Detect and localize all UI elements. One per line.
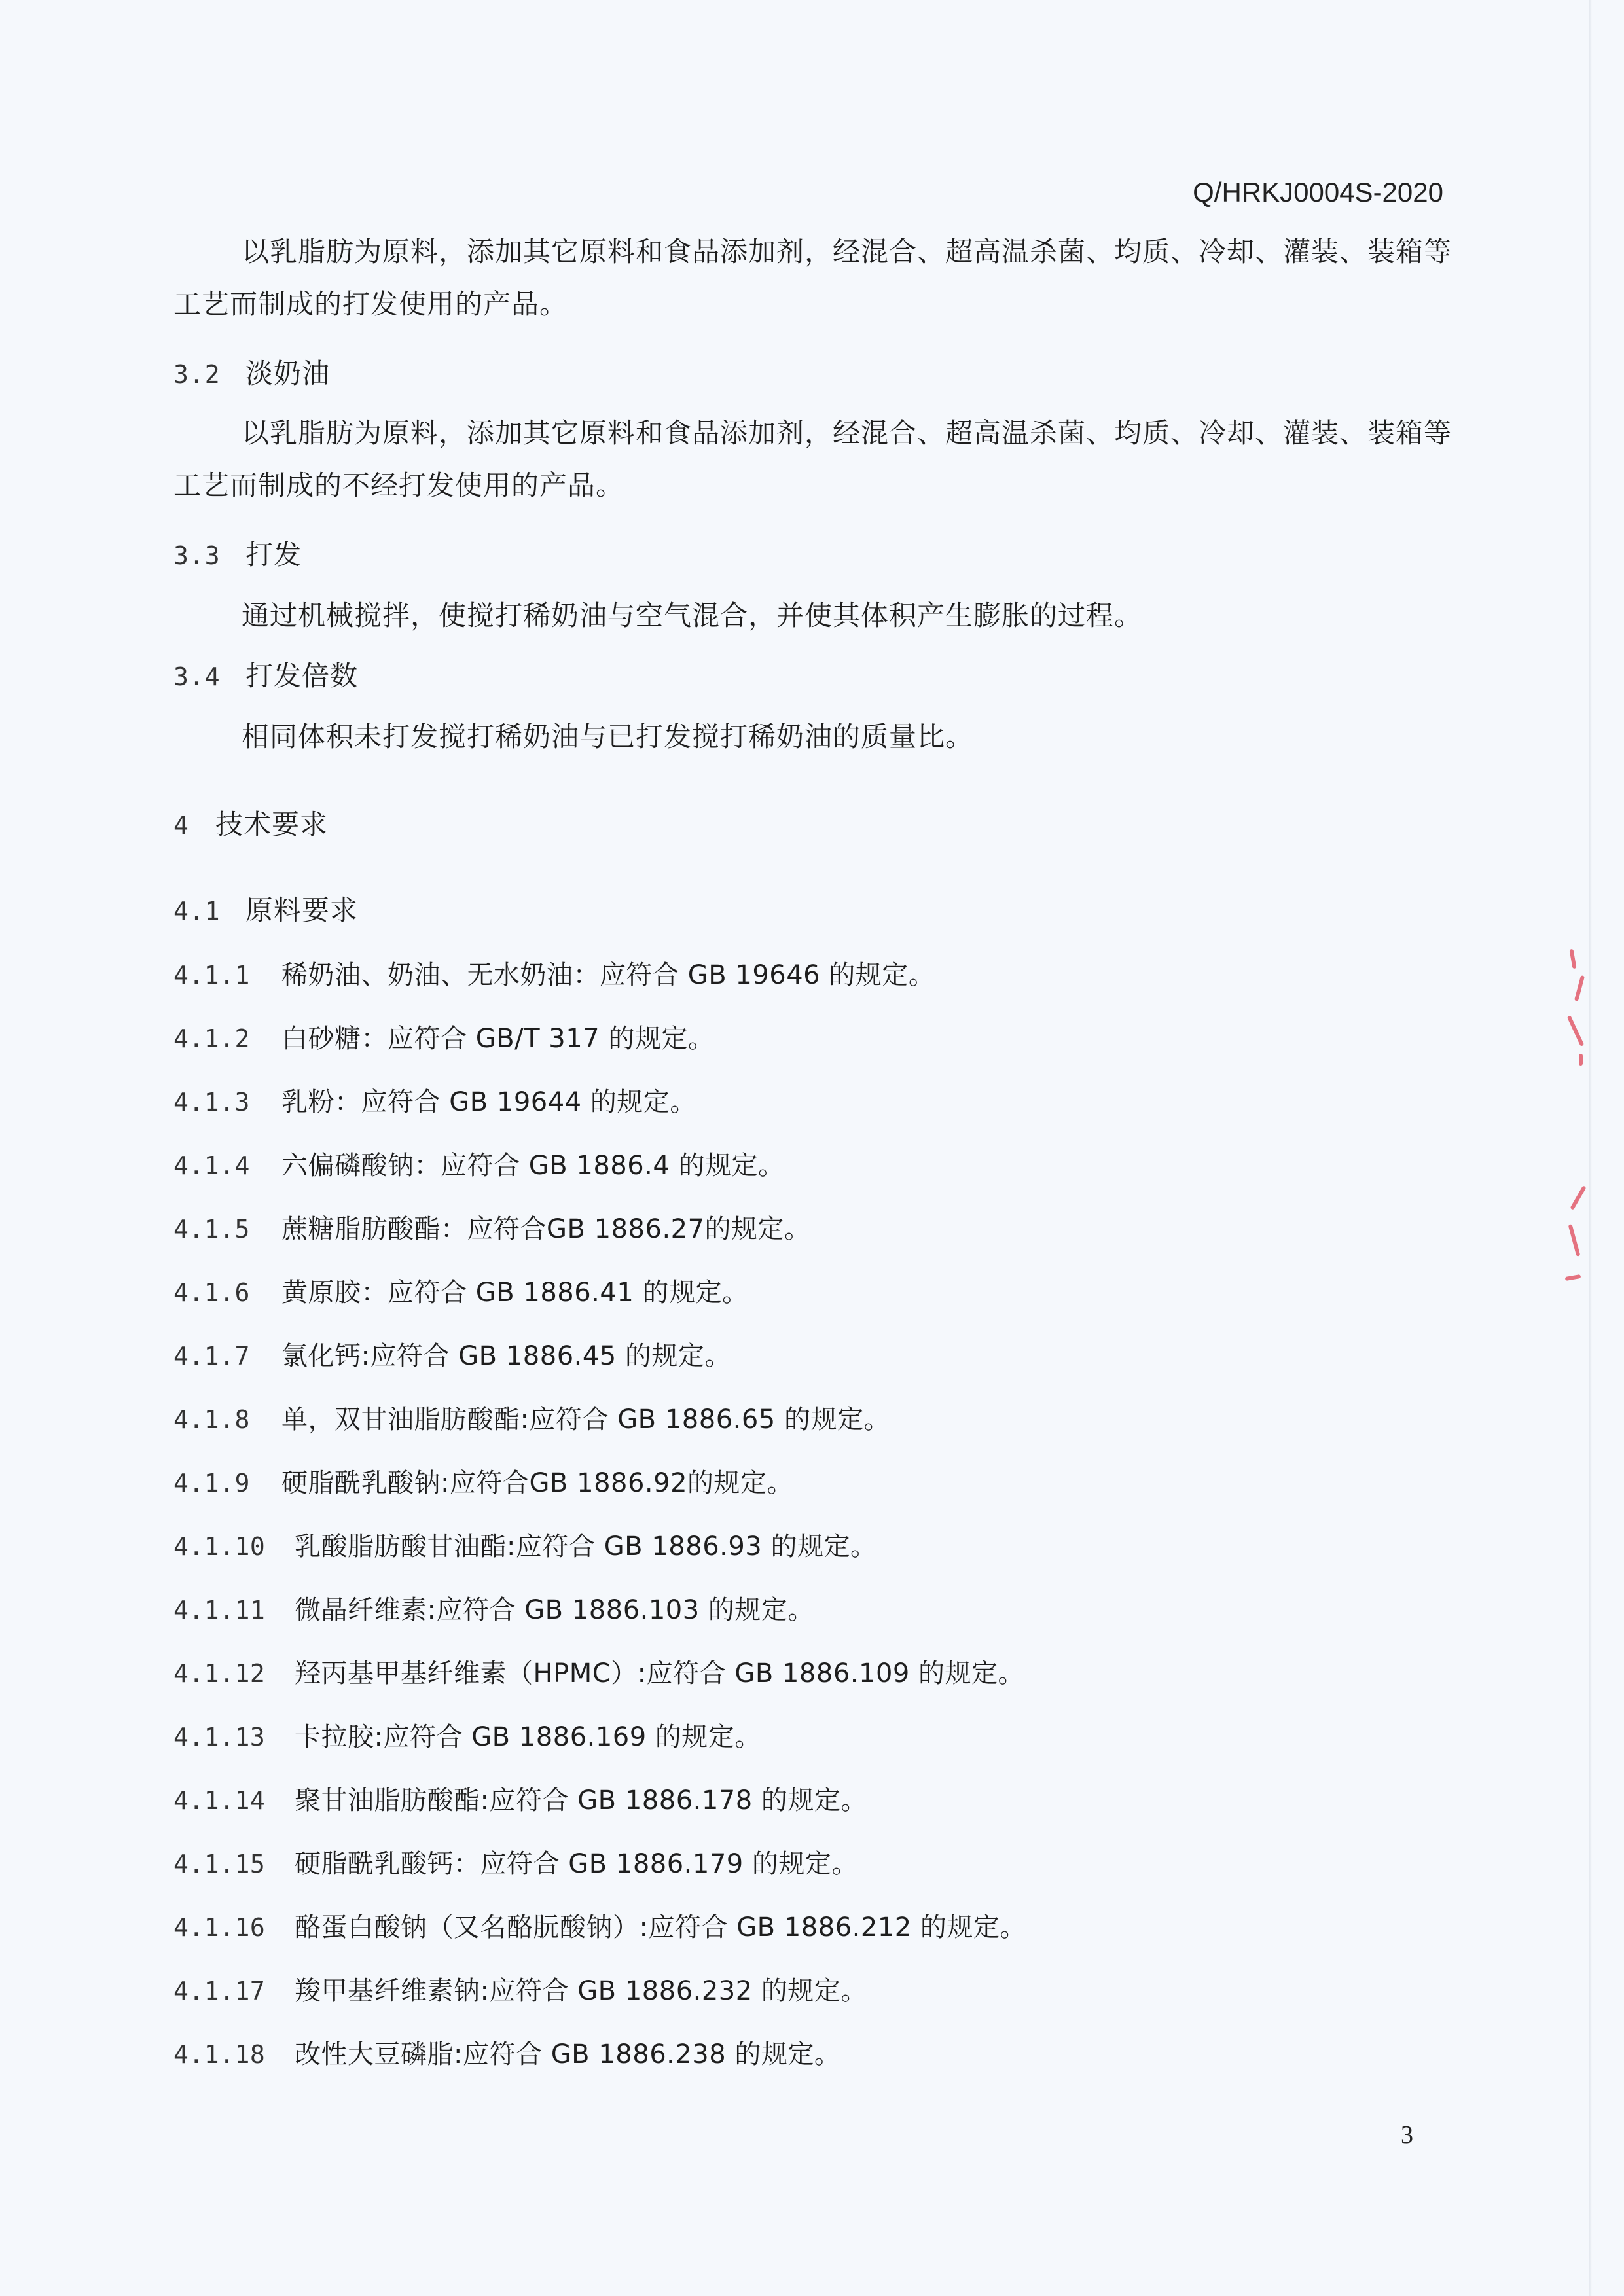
item-text: 微晶纤维素:应符合 GB 1886.103 的规定。	[295, 1579, 814, 1642]
section-3-2-body: 以乳脂肪为原料，添加其它原料和食品添加剂，经混合、超高温杀菌、均质、冷却、灌装、…	[173, 407, 1456, 512]
item-number: 4.1.14	[173, 1769, 295, 1833]
list-item: 4.1.3 乳粉：应符合 GB 19644 的规定。	[173, 1071, 1456, 1134]
list-item: 4.1.1 稀奶油、奶油、无水奶油：应符合 GB 19646 的规定。	[173, 944, 1456, 1007]
item-text: 黄原胶：应符合 GB 1886.41 的规定。	[281, 1261, 749, 1325]
item-number: 4.1.15	[173, 1833, 295, 1896]
item-number: 4.1.16	[173, 1896, 295, 1960]
list-item: 4.1.9 硬脂酰乳酸钠:应符合GB 1886.92的规定。	[173, 1452, 1456, 1515]
item-number: 4.1.17	[173, 1960, 295, 2023]
item-text: 白砂糖：应符合 GB/T 317 的规定。	[281, 1007, 714, 1071]
item-text: 羧甲基纤维素钠:应符合 GB 1886.232 的规定。	[295, 1960, 867, 2023]
section-number: 3.4	[173, 657, 245, 696]
section-3-4-heading: 3.4 打发倍数	[173, 656, 1456, 696]
list-item: 4.1.12 羟丙基甲基纤维素（HPMC）:应符合 GB 1886.109 的规…	[173, 1642, 1456, 1706]
document-body: 以乳脂肪为原料，添加其它原料和食品添加剂，经混合、超高温杀菌、均质、冷却、灌装、…	[173, 226, 1456, 2087]
item-number: 4.1.18	[173, 2023, 295, 2087]
item-number: 4.1.6	[173, 1261, 281, 1325]
item-number: 4.1.8	[173, 1388, 281, 1452]
section-number: 4.1	[173, 891, 245, 931]
section-title: 淡奶油	[245, 354, 330, 393]
item-number: 4.1.13	[173, 1706, 295, 1769]
section-number: 3.3	[173, 536, 245, 575]
section-4-1-heading: 4.1 原料要求	[173, 891, 1456, 931]
item-number: 4.1.4	[173, 1134, 281, 1198]
section-title: 打发倍数	[245, 656, 358, 696]
list-item: 4.1.2 白砂糖：应符合 GB/T 317 的规定。	[173, 1007, 1456, 1071]
item-text: 聚甘油脂肪酸酯:应符合 GB 1886.178 的规定。	[295, 1769, 867, 1833]
section-title: 技术要求	[215, 805, 328, 844]
seal-stamp-fragment	[1571, 949, 1591, 1289]
section-3-2-heading: 3.2 淡奶油	[173, 354, 1456, 394]
item-number: 4.1.1	[173, 944, 281, 1007]
section-number: 4	[173, 806, 215, 845]
item-text: 稀奶油、奶油、无水奶油：应符合 GB 19646 的规定。	[281, 944, 935, 1007]
raw-material-list: 4.1.1 稀奶油、奶油、无水奶油：应符合 GB 19646 的规定。 4.1.…	[173, 944, 1456, 2087]
list-item: 4.1.10 乳酸脂肪酸甘油酯:应符合 GB 1886.93 的规定。	[173, 1515, 1456, 1579]
item-text: 改性大豆磷脂:应符合 GB 1886.238 的规定。	[295, 2023, 840, 2087]
list-item: 4.1.11 微晶纤维素:应符合 GB 1886.103 的规定。	[173, 1579, 1456, 1642]
item-number: 4.1.10	[173, 1515, 295, 1579]
item-text: 硬脂酰乳酸钙：应符合 GB 1886.179 的规定。	[295, 1833, 858, 1896]
section-3-4-body: 相同体积未打发搅打稀奶油与已打发搅打稀奶油的质量比。	[173, 711, 1456, 763]
item-text: 酪蛋白酸钠（又名酪朊酸钠）:应符合 GB 1886.212 的规定。	[295, 1896, 1026, 1960]
document-code: Q/HRKJ0004S-2020	[1193, 177, 1443, 208]
list-item: 4.1.6 黄原胶：应符合 GB 1886.41 的规定。	[173, 1261, 1456, 1325]
section-3-3-body: 通过机械搅拌，使搅打稀奶油与空气混合，并使其体积产生膨胀的过程。	[173, 590, 1456, 642]
section-title: 原料要求	[245, 891, 358, 930]
list-item: 4.1.17 羧甲基纤维素钠:应符合 GB 1886.232 的规定。	[173, 1960, 1456, 2023]
item-text: 乳酸脂肪酸甘油酯:应符合 GB 1886.93 的规定。	[295, 1515, 876, 1579]
list-item: 4.1.7 氯化钙:应符合 GB 1886.45 的规定。	[173, 1325, 1456, 1388]
item-text: 硬脂酰乳酸钠:应符合GB 1886.92的规定。	[281, 1452, 793, 1515]
item-text: 单，双甘油脂肪酸酯:应符合 GB 1886.65 的规定。	[281, 1388, 890, 1452]
section-number: 3.2	[173, 355, 245, 394]
item-number: 4.1.5	[173, 1198, 281, 1261]
section-3-3-heading: 3.3 打发	[173, 535, 1456, 575]
list-item: 4.1.8 单，双甘油脂肪酸酯:应符合 GB 1886.65 的规定。	[173, 1388, 1456, 1452]
item-text: 乳粉：应符合 GB 19644 的规定。	[281, 1071, 696, 1134]
item-text: 六偏磷酸钠：应符合 GB 1886.4 的规定。	[281, 1134, 785, 1198]
section-title: 打发	[245, 535, 302, 575]
item-number: 4.1.3	[173, 1071, 281, 1134]
item-number: 4.1.9	[173, 1452, 281, 1515]
section-4-heading: 4 技术要求	[173, 805, 1456, 845]
item-text: 蔗糖脂肪酸酯：应符合GB 1886.27的规定。	[281, 1198, 811, 1261]
item-number: 4.1.2	[173, 1007, 281, 1071]
list-item: 4.1.4 六偏磷酸钠：应符合 GB 1886.4 的规定。	[173, 1134, 1456, 1198]
item-text: 氯化钙:应符合 GB 1886.45 的规定。	[281, 1325, 731, 1388]
list-item: 4.1.13 卡拉胶:应符合 GB 1886.169 的规定。	[173, 1706, 1456, 1769]
item-number: 4.1.11	[173, 1579, 295, 1642]
item-text: 卡拉胶:应符合 GB 1886.169 的规定。	[295, 1706, 761, 1769]
list-item: 4.1.18 改性大豆磷脂:应符合 GB 1886.238 的规定。	[173, 2023, 1456, 2087]
list-item: 4.1.5 蔗糖脂肪酸酯：应符合GB 1886.27的规定。	[173, 1198, 1456, 1261]
item-number: 4.1.12	[173, 1642, 295, 1706]
list-item: 4.1.16 酪蛋白酸钠（又名酪朊酸钠）:应符合 GB 1886.212 的规定…	[173, 1896, 1456, 1960]
item-number: 4.1.7	[173, 1325, 281, 1388]
list-item: 4.1.15 硬脂酰乳酸钙：应符合 GB 1886.179 的规定。	[173, 1833, 1456, 1896]
page-number: 3	[1401, 2121, 1413, 2149]
section-3-1-body-continued: 以乳脂肪为原料，添加其它原料和食品添加剂，经混合、超高温杀菌、均质、冷却、灌装、…	[173, 226, 1456, 331]
list-item: 4.1.14 聚甘油脂肪酸酯:应符合 GB 1886.178 的规定。	[173, 1769, 1456, 1833]
item-text: 羟丙基甲基纤维素（HPMC）:应符合 GB 1886.109 的规定。	[295, 1642, 1024, 1706]
